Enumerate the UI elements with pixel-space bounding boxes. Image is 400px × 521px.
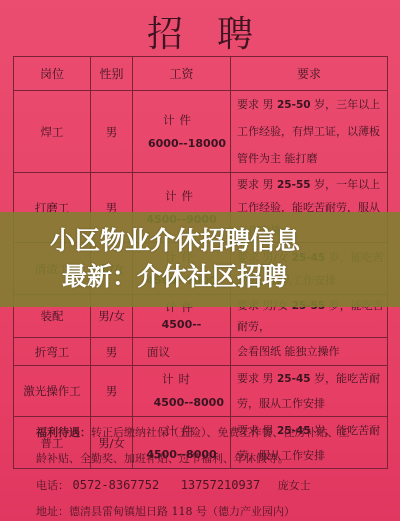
benefits-line-1: 福利待遇：转正后缴纳社保（五险）、免费工作餐、住房补贴、工	[36, 420, 381, 446]
cell-pay: 面议	[133, 338, 231, 366]
pay-range: 6000--18000	[133, 132, 226, 156]
requirement-prefix: 要求 男	[237, 372, 277, 385]
cell-requirement: 要求 男 25-45 岁，能吃苦耐劳，服从工作安排	[231, 366, 388, 417]
benefits-line-2: 龄补贴、全勤奖、加班补贴、过节福利、年休假等。	[36, 446, 381, 472]
pay-type: 计时	[133, 367, 224, 391]
pay-type: 面议	[147, 345, 170, 359]
phone-landline: 0572-8367752	[73, 478, 160, 492]
table-row: 焊工 男 计件 6000--18000 要求 男 25-50 岁，三年以上工作经…	[14, 91, 388, 173]
headline-line-1: 小区物业介休招聘信息	[0, 223, 400, 259]
phone-mobile: 13757210937	[181, 478, 260, 492]
cell-requirement: 要求 男 25-50 岁，三年以上工作经验，有焊工证，以薄板 管件为主 能打磨	[231, 91, 388, 173]
poster-title: 招聘	[0, 6, 400, 57]
table-row: 激光操作工 男 计时 4500--8000 要求 男 25-45 岁，能吃苦耐劳…	[14, 366, 388, 417]
contact-person: 庞女士	[278, 479, 311, 492]
pay-range: 4500--	[133, 316, 230, 334]
phone-line: 电话： 0572-8367752 13757210937 庞女士	[36, 472, 381, 499]
cell-gender: 男	[91, 91, 133, 173]
requirement-prefix: 要求 男	[237, 178, 277, 191]
address-text: 德清县雷甸镇旭日路 118 号（德力产业园内）	[69, 505, 295, 518]
cell-requirement: 会看图纸 能独立操作	[231, 338, 388, 366]
requirement-text: 会看图纸 能独立操作	[237, 345, 340, 358]
requirement-prefix: 要求 男	[237, 98, 277, 111]
cell-gender: 男	[91, 338, 133, 366]
pay-range: 4500--8000	[133, 391, 224, 415]
benefits-text-1: 转正后缴纳社保（五险）、免费工作餐、住房补贴、工	[91, 426, 350, 439]
table-row: 折弯工 男 面议 会看图纸 能独立操作	[14, 338, 388, 366]
address-line: 地址：德清县雷甸镇旭日路 118 号（德力产业园内）	[36, 499, 381, 521]
cell-pay: 计件 6000--18000	[133, 91, 231, 173]
address-label: 地址：	[36, 505, 69, 518]
headline-line-2: 最新：介休社区招聘	[0, 259, 400, 295]
phone-label: 电话：	[36, 479, 69, 492]
pay-type: 计件	[133, 108, 226, 132]
cell-position: 激光操作工	[14, 366, 91, 417]
cell-gender: 男	[91, 366, 133, 417]
age-range: 25-55	[277, 179, 311, 191]
header-pay: 工资	[133, 57, 231, 91]
cell-pay: 计时 4500--8000	[133, 366, 231, 417]
header-requirements: 要求	[231, 57, 388, 91]
poster-footer: 福利待遇：转正后缴纳社保（五险）、免费工作餐、住房补贴、工 龄补贴、全勤奖、加班…	[36, 420, 381, 521]
benefits-label: 福利待遇：	[36, 426, 91, 439]
headline-text: 小区物业介休招聘信息 最新：介休社区招聘	[0, 223, 400, 295]
header-position: 岗位	[14, 57, 91, 91]
header-gender: 性别	[91, 57, 133, 91]
pay-type: 计件	[133, 184, 230, 208]
table-header-row: 岗位 性别 工资 要求	[14, 57, 388, 91]
age-range: 25-45	[277, 373, 311, 385]
cell-position: 折弯工	[14, 338, 91, 366]
age-range: 25-50	[277, 99, 311, 111]
cell-position: 焊工	[14, 91, 91, 173]
